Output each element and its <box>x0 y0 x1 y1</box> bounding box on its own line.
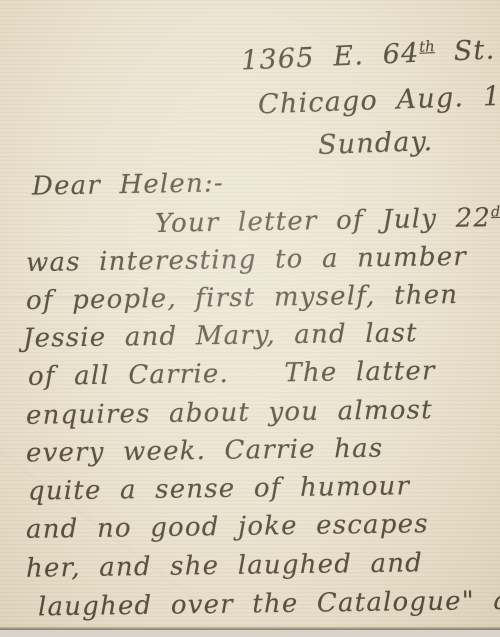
day-line: Sunday. <box>317 126 433 161</box>
scanner-background-strip <box>0 630 500 637</box>
body-line: of people, first myself, then <box>26 280 459 316</box>
body-line: was interesting to a number <box>26 242 467 278</box>
body-line: enquires about you almost <box>26 395 433 431</box>
body-line: laughed over the Catalogue" as <box>38 586 500 623</box>
salutation-line: Dear Helen:- <box>32 168 224 201</box>
date-line: Chicago Aug. 19/23 <box>258 79 500 121</box>
address-line: 1365 E. 64th St. <box>240 34 495 76</box>
body-line: her, and she laughed and <box>26 548 423 584</box>
body-line: of all Carrie. The latter <box>28 356 436 392</box>
address-street: St. <box>434 34 496 68</box>
letter-page: 1365 E. 64th St. Chicago Aug. 19/23 Sund… <box>0 0 500 637</box>
body-line: Jessie and Mary, and last <box>23 318 418 354</box>
body-line: every week. Carrie has <box>26 434 384 469</box>
body-line-first: Your letter of July 22d <box>155 203 500 239</box>
address-superscript: th <box>419 37 435 56</box>
body-line-first-superscript: d <box>491 204 500 220</box>
address-text: 1365 E. 64 <box>240 38 420 77</box>
body-line-first-text: Your letter of July 22 <box>155 203 492 239</box>
body-line: and no good joke escapes <box>26 509 429 545</box>
body-line: quite a sense of humour <box>28 471 411 506</box>
